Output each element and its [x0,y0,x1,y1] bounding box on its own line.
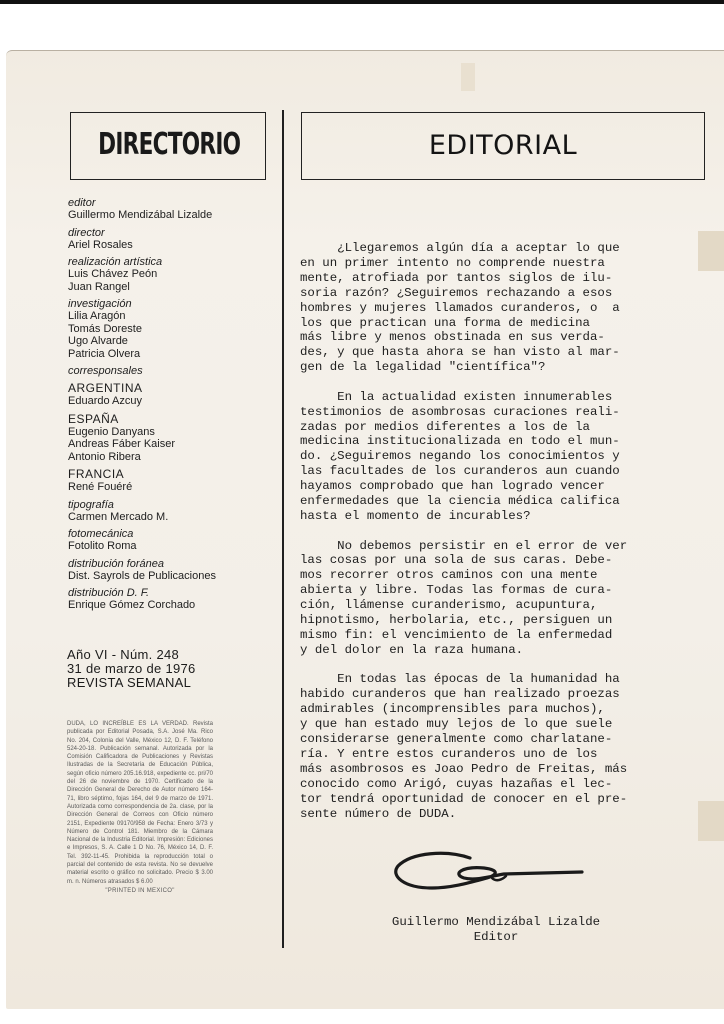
signer-block: Guillermo Mendizábal Lizalde Editor [300,915,692,944]
paper-tab-upper [698,231,724,271]
directory-name: Enrique Gómez Corchado [68,599,268,612]
directory-role: corresponsales [68,365,268,377]
directory-country: ARGENTINA [68,382,268,395]
directory-group: ARGENTINAEduardo Azcuy [68,382,268,408]
issue-info: Año VI - Núm. 248 31 de marzo de 1976 RE… [67,648,196,690]
signer-title: Editor [300,930,692,945]
directory-group: investigaciónLilia AragónTomás DoresteUg… [68,298,268,360]
issue-date: 31 de marzo de 1976 [67,662,196,676]
directory-group: realización artísticaLuis Chávez PeónJua… [68,256,268,293]
directory-group: fotomecánicaFotolito Roma [68,528,268,553]
directory-role: distribución foránea [68,558,268,570]
directory-name: Lilia Aragón [68,310,268,323]
directory-name: Guillermo Mendizábal Lizalde [68,209,268,222]
publication-type: REVISTA SEMANAL [67,676,196,690]
directory-group: ESPAÑAEugenio DanyansAndreas Fáber Kaise… [68,413,268,464]
directory-group: FRANCIARené Fouéré [68,468,268,494]
legal-text: DUDA, LO INCREÍBLE ES LA VERDAD. Revista… [67,721,213,885]
directory-group: tipografíaCarmen Mercado M. [68,499,268,524]
directory-name: Ariel Rosales [68,239,268,252]
directory-role: realización artística [68,256,268,268]
directorio-header-box: DIRECTORIO [70,112,266,180]
editorial-paragraph: En todas las épocas de la humanidad ha h… [300,672,692,821]
directory-name: Eduardo Azcuy [68,395,268,408]
directory-name: Fotolito Roma [68,540,268,553]
editorial-paragraph: ¿Llegaremos algún día a aceptar lo que e… [300,241,692,375]
signer-name: Guillermo Mendizábal Lizalde [300,915,692,930]
directory-name: Dist. Sayrols de Publicaciones [68,570,268,583]
directory-name: Antonio Ribera [68,451,268,464]
directory-name: René Fouéré [68,481,268,494]
editorial-title: EDITORIAL [302,130,704,161]
directory-name: Tomás Doreste [68,323,268,336]
paper-tab-lower [698,801,724,841]
editorial-paragraph: En la actualidad existen innumerables te… [300,390,692,524]
legal-notice: DUDA, LO INCREÍBLE ES LA VERDAD. Revista… [67,720,213,895]
directory-role: fotomecánica [68,528,268,540]
editorial-body: ¿Llegaremos algún día a aceptar lo que e… [300,241,692,836]
directory-name: Eugenio Danyans [68,426,268,439]
directory-role: distribución D. F. [68,587,268,599]
directory-group: corresponsales [68,365,268,377]
printed-in-mexico: "PRINTED IN MEXICO" [67,887,213,895]
directory-role: director [68,227,268,239]
directory-name: Luis Chávez Peón [68,268,268,281]
issue-number: Año VI - Núm. 248 [67,648,196,662]
column-divider [282,110,284,948]
directory-role: editor [68,197,268,209]
paper-stain [461,63,475,91]
scan-top-edge [0,0,724,4]
directory-group: distribución D. F.Enrique Gómez Corchado [68,587,268,612]
directory-name: Ugo Alvarde [68,335,268,348]
directory-name: Carmen Mercado M. [68,511,268,524]
directory-country: ESPAÑA [68,413,268,426]
directory-group: editorGuillermo Mendizábal Lizalde [68,197,268,222]
directory-group: directorAriel Rosales [68,227,268,252]
directory-group: distribución foráneaDist. Sayrols de Pub… [68,558,268,583]
directory-list: editorGuillermo Mendizábal Lizaldedirect… [68,197,268,617]
directory-name: Patricia Olvera [68,348,268,361]
editorial-header-box: EDITORIAL [301,112,705,180]
directory-name: Juan Rangel [68,281,268,294]
directory-name: Andreas Fáber Kaiser [68,438,268,451]
directory-country: FRANCIA [68,468,268,481]
signature-icon [392,848,592,898]
editorial-paragraph: No debemos persistir en el error de ver … [300,539,692,658]
directorio-title: DIRECTORIO [98,127,238,162]
directory-role: investigación [68,298,268,310]
directory-role: tipografía [68,499,268,511]
